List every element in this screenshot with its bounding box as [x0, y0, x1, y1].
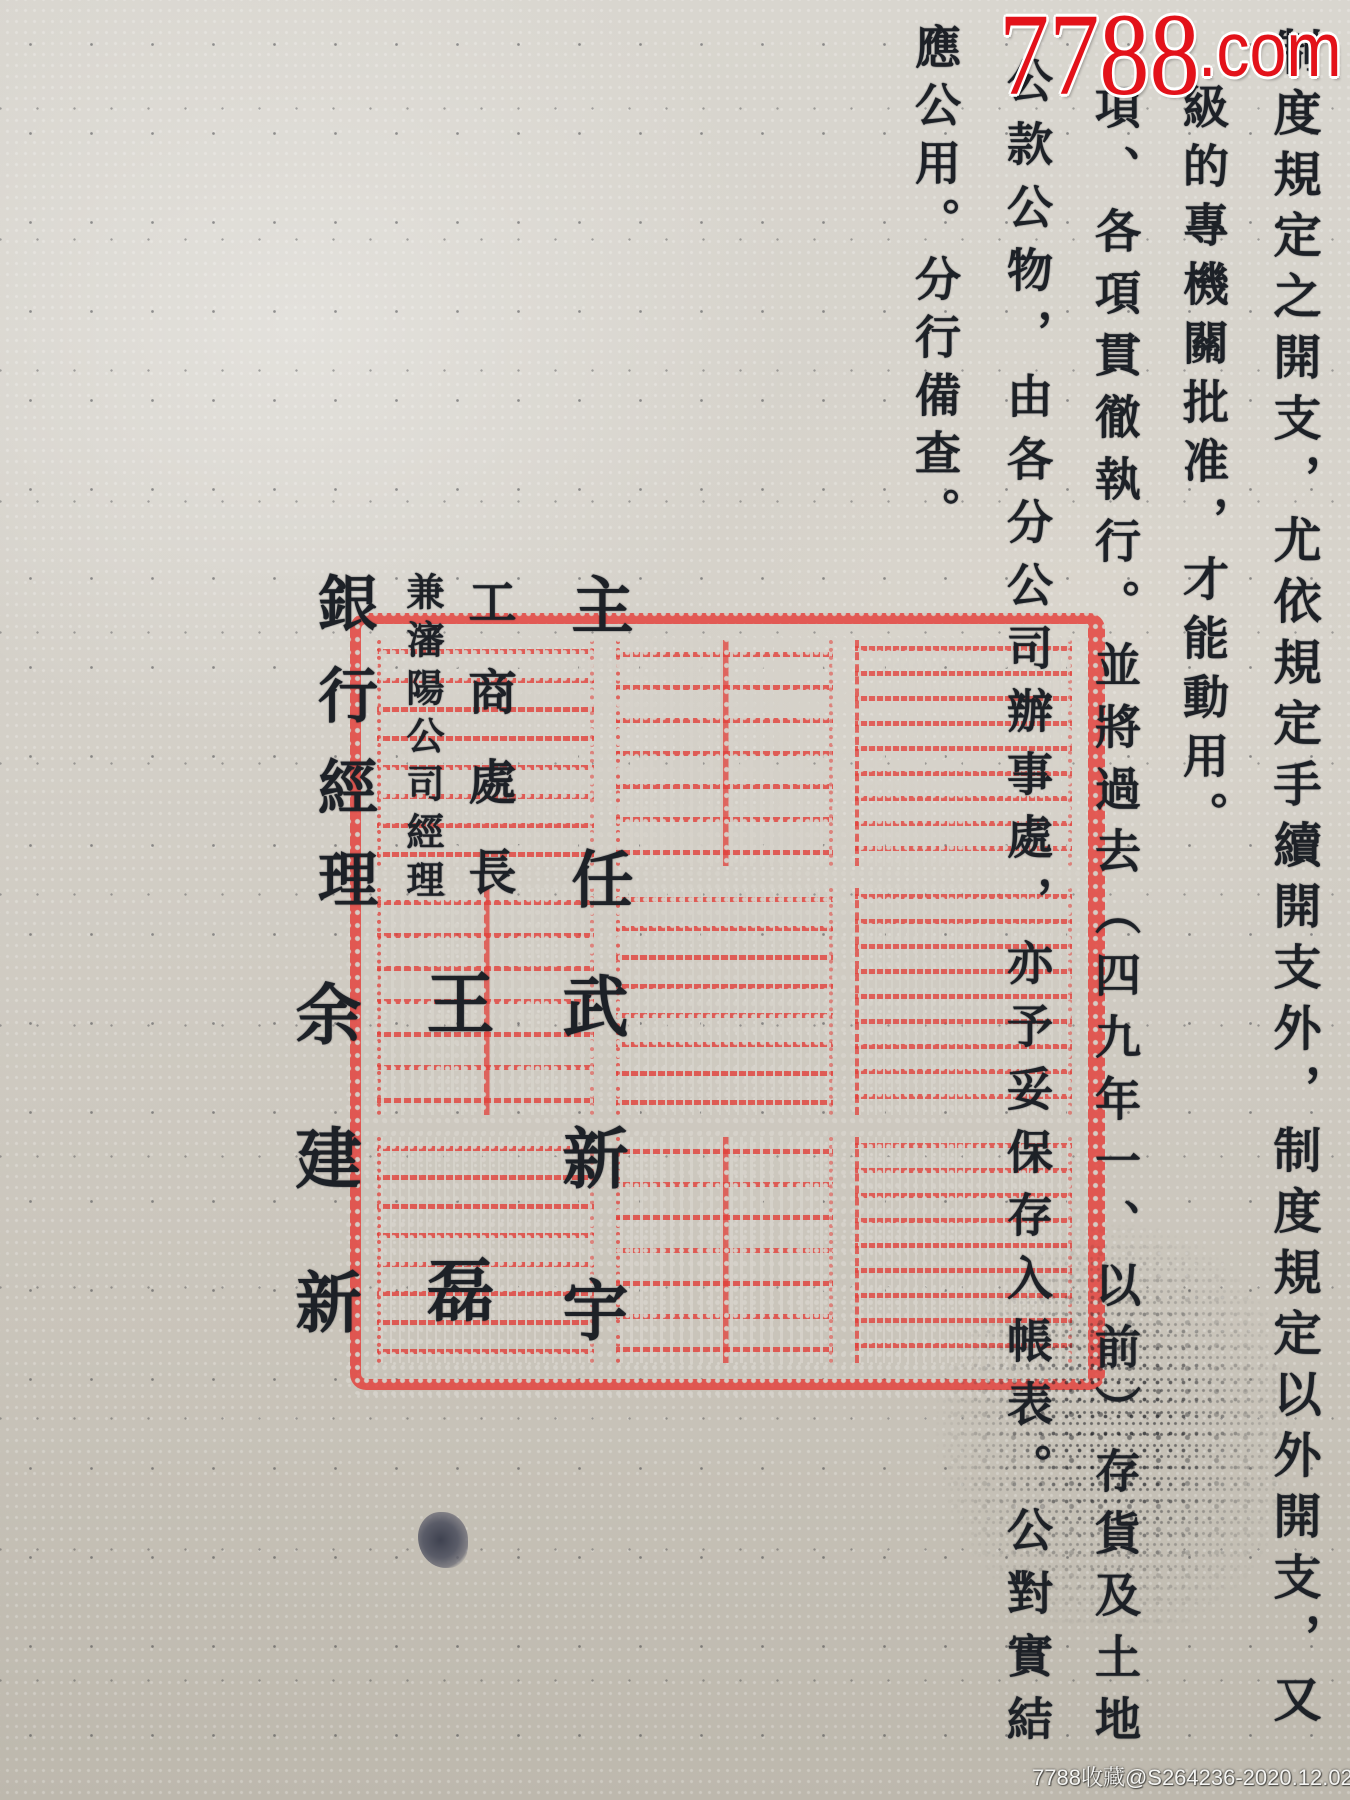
seal-glyph — [616, 888, 833, 1114]
seal-glyph — [616, 640, 833, 866]
body-column-5: 應公用。分行備查。 — [912, 23, 958, 545]
signatory-title-commerce-chief: 工商處長 — [464, 577, 512, 937]
signatory-annotation: 兼瀋陽公司經理 — [403, 572, 441, 908]
document-photo: 制度規定之開支，尤依規定手續開支外，制度規定以外開支，又 級的專機關批准，才能動… — [0, 0, 1350, 1800]
collector-caption-watermark: 7788收藏@S264236-2020.12.02 — [1032, 1767, 1350, 1789]
body-column-1: 制度規定之開支，尤依規定手續開支外，制度規定以外開支，又 — [1269, 27, 1317, 1735]
seal-glyph — [616, 1137, 833, 1363]
logo-number: 7788 — [999, 0, 1200, 114]
signatory-name-bank-manager: 余建新 — [290, 980, 356, 1412]
signatory-name-director: 武新宇 — [557, 972, 623, 1428]
signatory-title-bank-manager: 銀行經理 — [313, 572, 373, 940]
body-column-2: 級的專機關批准，才能動用。 — [1180, 83, 1226, 850]
body-column-3: 項、各項貫徹執行。並將過去（四九年一、以前）存貨及土地 — [1092, 83, 1138, 1757]
body-column-4: 公款公物，由各分公司辦事處，亦予妥保存入帳表。公對實結 — [1004, 57, 1050, 1758]
logo-domain: .com — [1198, 12, 1341, 89]
signatory-name-commerce-chief: 王磊 — [421, 968, 489, 1542]
